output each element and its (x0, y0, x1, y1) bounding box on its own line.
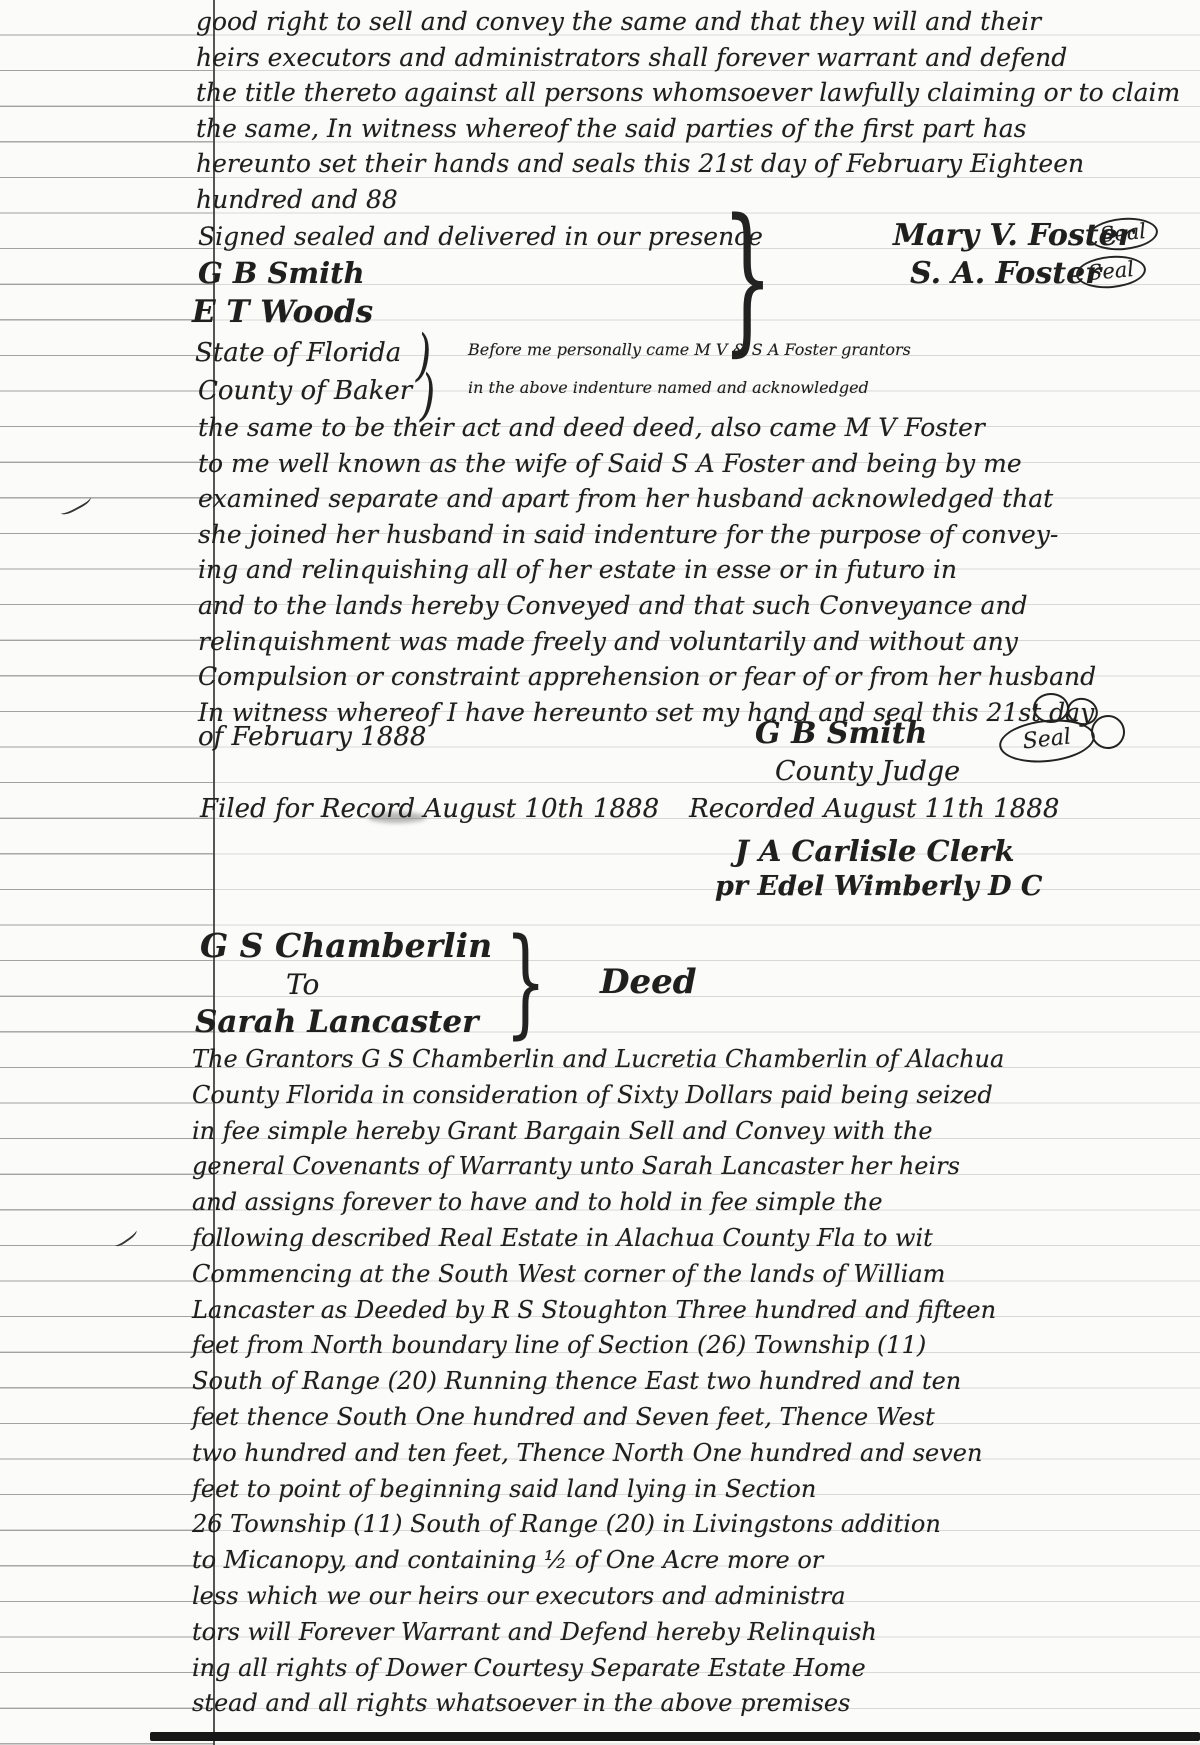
handwritten-line: 26 Township (11) South of Range (20) in … (192, 1509, 1004, 1545)
witness-brace: } (722, 198, 773, 358)
handwritten-line: the same, In witness whereof the said pa… (196, 113, 1180, 149)
seal-oval: Seal (1075, 253, 1148, 291)
venue-county: County of Baker (198, 376, 412, 406)
handwritten-line: the title thereto against all persons wh… (196, 77, 1180, 113)
handwritten-line: Commencing at the South West corner of t… (192, 1259, 1004, 1295)
notary-seal-flourish: Seal (995, 693, 1125, 765)
instrument-label: Deed (600, 962, 697, 1002)
handwritten-line: Compulsion or constraint apprehension or… (198, 661, 1096, 697)
witness-name-et-woods: E T Woods (192, 294, 373, 330)
handwritten-line: Lancaster as Deeded by R S Stoughton Thr… (192, 1295, 1004, 1331)
caption-connector: To (286, 968, 319, 1001)
handwritten-line: she joined her husband in said indenture… (198, 519, 1096, 555)
handwritten-line: to me well known as the wife of Said S A… (198, 448, 1096, 484)
officer-signature: G B Smith (755, 716, 927, 751)
attestation-line: Signed sealed and delivered in our prese… (198, 222, 763, 251)
seal-annotation: Seal (1076, 256, 1146, 288)
caption-grantee: Sarah Lancaster (195, 1004, 478, 1040)
acknowledgment-text: the same to be their act and deed deed, … (198, 412, 1096, 732)
stray-pen-mark (57, 491, 93, 518)
deed1-body-text: good right to sell and convey the same a… (196, 6, 1180, 220)
deputy-clerk-signature: pr Edel Wimberly D C (715, 871, 1042, 902)
handwritten-line: and to the lands hereby Conveyed and tha… (198, 590, 1096, 626)
signature-sa-foster: S. A. Foster (910, 256, 1101, 291)
handwritten-line: The Grantors G S Chamberlin and Lucretia… (192, 1044, 1004, 1080)
ink-smudge (368, 812, 426, 823)
acknowledgment-date-line: of February 1888 (198, 722, 426, 752)
venue-state: State of Florida (195, 338, 401, 368)
clerk-signature: J A Carlisle Clerk (735, 834, 1014, 868)
handwritten-line: relinquishment was made freely and volun… (198, 626, 1096, 662)
handwritten-line: feet from North boundary line of Section… (192, 1330, 1004, 1366)
witness-name-gb-smith: G B Smith (198, 256, 365, 290)
stray-pen-mark (111, 1225, 138, 1248)
acknowledgment-opening-line: Before me personally came M V & S A Fost… (468, 340, 911, 359)
seal-annotation: Seal (1088, 218, 1158, 250)
handwritten-line: the same to be their act and deed deed, … (198, 412, 1096, 448)
handwritten-line: examined separate and apart from her hus… (198, 483, 1096, 519)
handwritten-line: County Florida in consideration of Sixty… (192, 1080, 1004, 1116)
handwritten-line: ing and relinquishing all of her estate … (198, 554, 1096, 590)
handwritten-line: tors will Forever Warrant and Defend her… (192, 1617, 1004, 1653)
caption-brace: } (505, 922, 546, 1040)
handwritten-line: less which we our heirs our executors an… (192, 1581, 1004, 1617)
handwritten-line: hereunto set their hands and seals this … (196, 148, 1180, 184)
handwritten-line: hundred and 88 (196, 184, 1180, 220)
handwritten-line: to Micanopy, and containing ½ of One Acr… (192, 1545, 1004, 1581)
filed-recorded-line: Filed for Record August 10th 1888Recorde… (200, 794, 1059, 824)
handwritten-line: two hundred and ten feet, Thence North O… (192, 1438, 1004, 1474)
acknowledgment-line: in the above indenture named and acknowl… (468, 378, 869, 397)
handwritten-line: South of Range (20) Running thence East … (192, 1366, 1004, 1402)
handwritten-line: in fee simple hereby Grant Bargain Sell … (192, 1116, 1004, 1152)
seal-oval: Seal (997, 715, 1097, 767)
handwritten-line: and assigns forever to have and to hold … (192, 1187, 1004, 1223)
page-bottom-edge (150, 1732, 1200, 1741)
officer-title: County Judge (775, 756, 960, 787)
deed2-body-text: The Grantors G S Chamberlin and Lucretia… (192, 1044, 1004, 1724)
handwritten-line: stead and all rights whatsoever in the a… (192, 1688, 1004, 1724)
handwritten-line: feet to point of beginning said land lyi… (192, 1474, 1004, 1510)
caption-grantor: G S Chamberlin (200, 926, 492, 965)
filed-text: Filed for Record August 10th 1888 (200, 794, 659, 824)
handwritten-line: feet thence South One hundred and Seven … (192, 1402, 1004, 1438)
handwritten-line: ing all rights of Dower Courtesy Separat… (192, 1653, 1004, 1689)
margin-ruled-lines (0, 0, 213, 1745)
seal-loop (1033, 693, 1069, 723)
handwritten-line: heirs executors and administrators shall… (196, 42, 1180, 78)
seal-oval: Seal (1087, 215, 1160, 253)
ledger-page: good right to sell and convey the same a… (0, 0, 1200, 1745)
handwritten-line: good right to sell and convey the same a… (196, 6, 1180, 42)
handwritten-line: following described Real Estate in Alach… (192, 1223, 1004, 1259)
handwritten-line: general Covenants of Warranty unto Sarah… (192, 1151, 1004, 1187)
recorded-text: Recorded August 11th 1888 (689, 794, 1059, 824)
